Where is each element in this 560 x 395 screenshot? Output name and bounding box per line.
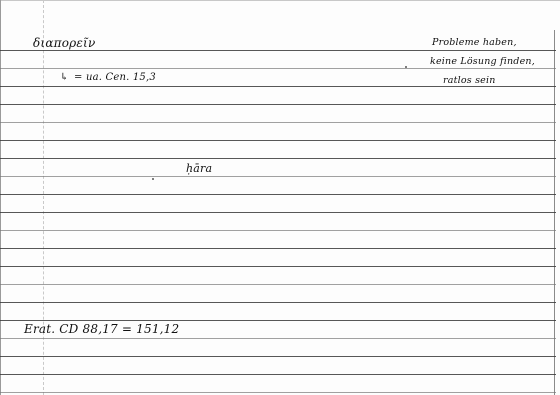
definition-line-3: ratlos sein [443, 75, 496, 86]
ruled-line [0, 86, 556, 87]
ruled-line [0, 176, 556, 177]
ruled-line [0, 266, 556, 267]
ruled-line [0, 140, 556, 141]
ruled-line [0, 374, 556, 375]
cross-reference-text: = ua. Cen. 15,3 [74, 72, 156, 83]
ruled-line [0, 320, 556, 321]
ruled-line [0, 230, 556, 231]
headword: διαπορεῖν [33, 36, 95, 50]
cross-reference: ↳ = ua. Cen. 15,3 [60, 72, 156, 83]
arrow-icon: ↳ [60, 72, 69, 83]
ruled-line [0, 248, 556, 249]
ink-speck [405, 66, 407, 68]
ink-speck [152, 178, 154, 180]
ruled-line [0, 158, 556, 159]
ruled-line [0, 284, 556, 285]
ruled-line [0, 392, 556, 393]
ruled-line [0, 104, 556, 105]
ruled-line [0, 212, 556, 213]
card-left-edge [0, 0, 1, 395]
index-card: διαπορεῖν ↳ = ua. Cen. 15,3 Probleme hab… [0, 0, 560, 395]
definition-line-1: Probleme haben, [432, 37, 517, 48]
ruled-line [0, 122, 556, 123]
ruled-line [0, 356, 556, 357]
ruled-line [0, 302, 556, 303]
definition-line-2: keine Lösung finden, [430, 56, 535, 67]
source-citation: Erat. CD 88,17 = 151,12 [24, 322, 179, 336]
card-top-edge [0, 0, 560, 1]
ruled-line [0, 194, 556, 195]
ruled-line [0, 50, 556, 51]
root-word: ḥāra [186, 162, 212, 175]
ruled-line [0, 68, 556, 69]
ruled-line [0, 338, 556, 339]
